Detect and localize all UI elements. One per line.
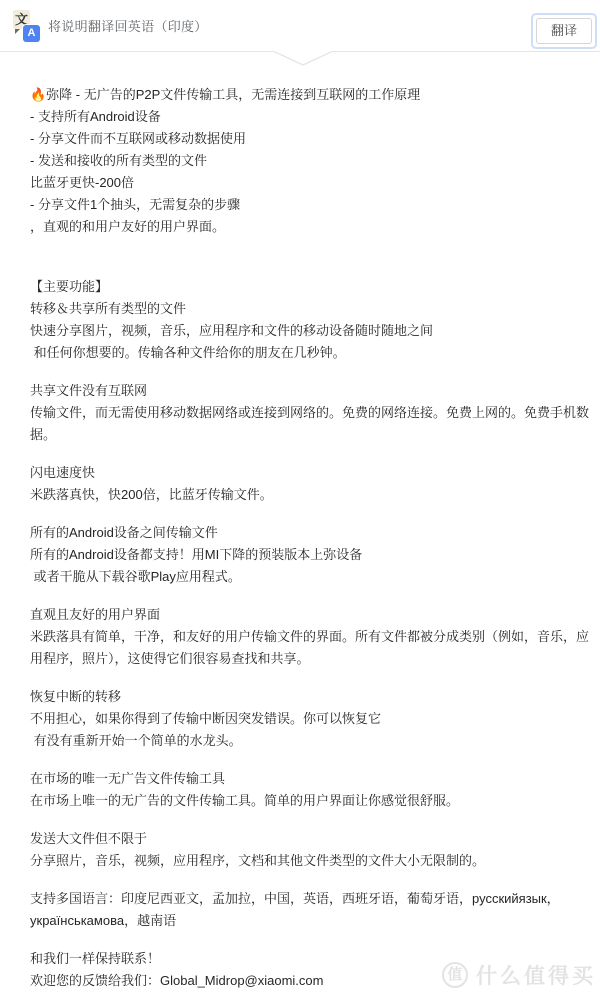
smzdm-watermark-text: 什么值得买 [476, 960, 596, 990]
text-line: 转移＆共享所有类型的文件 [30, 298, 590, 320]
text-line: 直观且友好的用户界面 [30, 604, 590, 626]
smzdm-watermark: 值 什么值得买 [442, 960, 596, 990]
paragraph-ad-free: 在市场的唯一无广告文件传输工具 在市场上唯一的无广告的文件传输工具。简单的用户界… [30, 768, 590, 812]
paragraph-no-internet: 共享文件没有互联网 传输文件，而无需使用移动数据网络或连接到网络的。免费的网络连… [30, 380, 590, 446]
text-line: 在市场的唯一无广告文件传输工具 [30, 768, 590, 790]
app-description: 🔥弥降 - 无广告的P2P文件传输工具，无需连接到互联网的工作原理 - 支持所有… [0, 52, 600, 992]
text-line: 发送大文件但不限于 [30, 828, 590, 850]
text-line: - 发送和接收的所有类型的文件 [30, 150, 590, 172]
text-line: 闪电速度快 [30, 462, 590, 484]
paragraph-resume-transfer: 恢复中断的转移 不用担心，如果你得到了传输中断因突发错误。你可以恢复它 有没有重… [30, 686, 590, 752]
text-line: 分享照片，音乐，视频，应用程序，文档和其他文件类型的文件大小无限制的。 [30, 850, 590, 872]
paragraph-friendly-ui: 直观且友好的用户界面 米跌落具有简单，干净，和友好的用户传输文件的界面。所有文件… [30, 604, 590, 670]
text-line: 所有的Android设备都支持！用MI下降的预装版本上弥设备 [30, 544, 590, 566]
text-line: 米跌落具有简单，干净，和友好的用户传输文件的界面。所有文件都被分成类别（例如，音… [30, 626, 590, 670]
translate-header: 文 A 将说明翻译回英语（印度） 翻译 [0, 0, 600, 52]
translate-icon-tail [15, 29, 20, 34]
translate-button[interactable]: 翻译 [536, 18, 592, 44]
text-line: 传输文件，而无需使用移动数据网络或连接到网络的。免费的网络连接。免费上网的。免费… [30, 402, 590, 446]
text-line: 恢复中断的转移 [30, 686, 590, 708]
text-line: 共享文件没有互联网 [30, 380, 590, 402]
header-notch-arrow [273, 51, 333, 68]
text-line: 【主要功能】 [30, 276, 590, 298]
text-line: 所有的Android设备之间传输文件 [30, 522, 590, 544]
text-line: 快速分享图片，视频，音乐，应用程序和文件的移动设备随时随地之间 [30, 320, 590, 342]
paragraph-large-files: 发送大文件但不限于 分享照片，音乐，视频，应用程序，文档和其他文件类型的文件大小… [30, 828, 590, 872]
text-line: 🔥弥降 - 无广告的P2P文件传输工具，无需连接到互联网的工作原理 [30, 84, 590, 106]
paragraph-languages: 支持多国语言：印度尼西亚文，孟加拉，中国，英语，西班牙语，葡萄牙语，русски… [30, 888, 590, 932]
paragraph-main-features: 【主要功能】 转移＆共享所有类型的文件 快速分享图片，视频，音乐，应用程序和文件… [30, 276, 590, 364]
translate-icon-en-tile: A [23, 25, 40, 42]
text-line: 在市场上唯一的无广告的文件传输工具。简单的用户界面让你感觉很舒服。 [30, 790, 590, 812]
paragraph-intro: 🔥弥降 - 无广告的P2P文件传输工具，无需连接到互联网的工作原理 - 支持所有… [30, 84, 590, 238]
text-line: 或者干脆从下载谷歌Play应用程式。 [30, 566, 590, 588]
header-title: 将说明翻译回英语（印度） [48, 16, 208, 35]
text-line: - 支持所有Android设备 [30, 106, 590, 128]
text-line: - 分享文件1个抽头，无需复杂的步骤 [30, 194, 590, 216]
text-line: 和任何你想要的。传输各种文件给你的朋友在几秒钟。 [30, 342, 590, 364]
paragraph-android-devices: 所有的Android设备之间传输文件 所有的Android设备都支持！用MI下降… [30, 522, 590, 588]
text-line: ，直观的和用户友好的用户界面。 [30, 216, 590, 238]
smzdm-badge-icon: 值 [442, 962, 468, 988]
text-line: 有没有重新开始一个简单的水龙头。 [30, 730, 590, 752]
text-line: 支持多国语言：印度尼西亚文，孟加拉，中国，英语，西班牙语，葡萄牙语，русски… [30, 888, 590, 932]
translate-icon: 文 A [13, 10, 40, 42]
paragraph-speed: 闪电速度快 米跌落真快，快200倍，比蓝牙传输文件。 [30, 462, 590, 506]
text-line: 比蓝牙更快-200倍 [30, 172, 590, 194]
translate-button-focus-ring: 翻译 [531, 13, 597, 49]
text-line: - 分享文件而不互联网或移动数据使用 [30, 128, 590, 150]
text-line: 米跌落真快，快200倍，比蓝牙传输文件。 [30, 484, 590, 506]
text-line: 不用担心，如果你得到了传输中断因突发错误。你可以恢复它 [30, 708, 590, 730]
